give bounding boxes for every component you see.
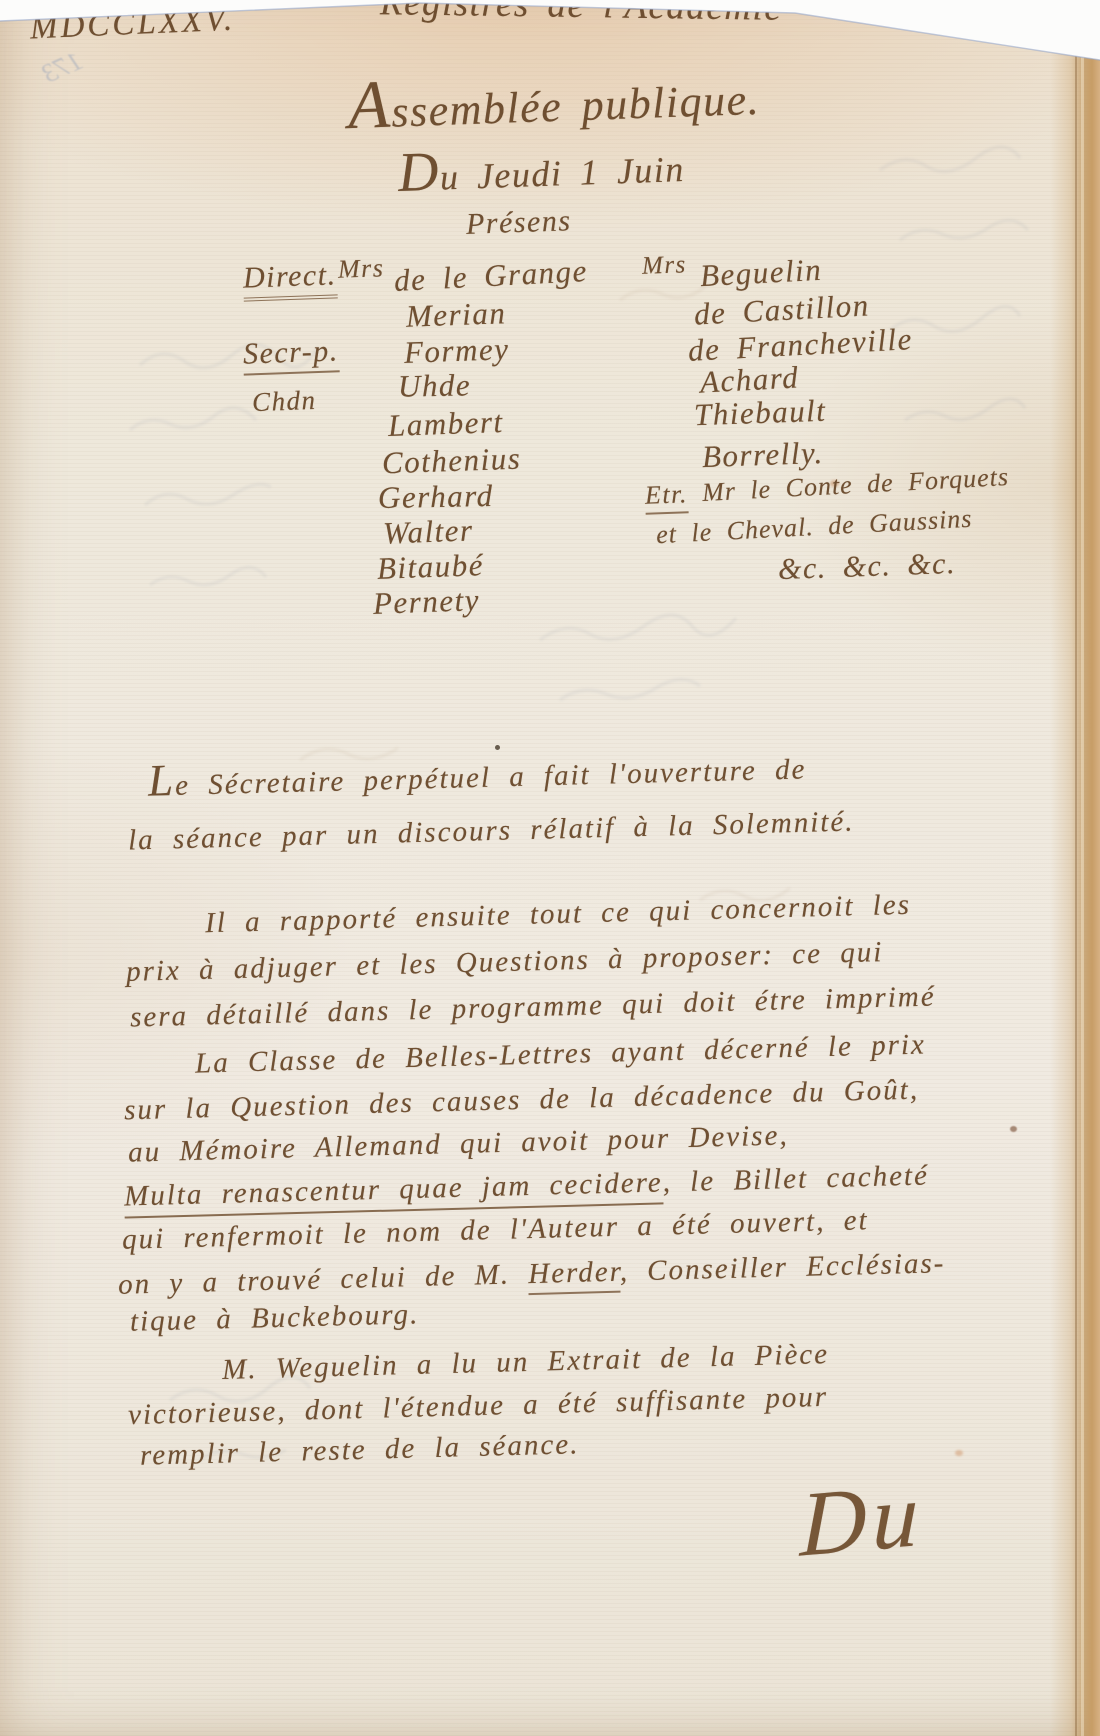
- body-line: tique à Buckebourg.: [130, 1298, 420, 1339]
- session-title: Assemblée publique.: [347, 67, 761, 139]
- ink-speck: [1010, 1126, 1017, 1132]
- attendee-name: Uhde: [398, 367, 472, 404]
- register-title: Registres de l'Académie: [380, 0, 783, 30]
- role-director-label: Direct.: [242, 258, 337, 295]
- role-secretary-text: Secr-p.: [242, 334, 339, 375]
- body-line: la séance par un discours rélatif à la S…: [128, 805, 855, 857]
- catchword: Du: [799, 1460, 925, 1577]
- body-line: Il a rapporté ensuite tout ce qui concer…: [205, 889, 912, 940]
- line-text: , Conseiller Ecclésias-: [619, 1247, 945, 1288]
- line-text: on y a trouvé celui de M.: [118, 1258, 529, 1301]
- laureate-name: Herder: [528, 1256, 620, 1295]
- body-line: La Classe de Belles-Lettres ayant décern…: [195, 1028, 927, 1080]
- attendee-name: Pernety: [372, 582, 480, 622]
- body-line: prix à adjuger et les Questions à propos…: [126, 936, 884, 989]
- bleedthrough-page-number: 173: [37, 45, 87, 90]
- body-line: victorieuse, dont l'étendue a été suffis…: [128, 1381, 829, 1432]
- attendee-name: de le Grange: [393, 253, 588, 299]
- attendee-name: Bitaubé: [376, 547, 484, 587]
- line-text: , le Billet cacheté: [662, 1159, 929, 1198]
- year-roman: MDCCLXXV.: [29, 2, 236, 48]
- body-line: sera détaillé dans le programme qui doit…: [130, 980, 936, 1034]
- manuscript-page: MDCCLXXV. Registres de l'Académie 173 As…: [0, 0, 1100, 1736]
- attendee-name: Merian: [405, 295, 506, 334]
- attendee-name: Cothenius: [381, 441, 521, 482]
- guests-label-text: Etr.: [644, 479, 688, 514]
- page-crease-line: [1075, 0, 1077, 1736]
- attendee-name: Formey: [403, 331, 510, 371]
- attendee-name: Gerhard: [378, 478, 494, 516]
- body-line: sur la Question des causes de la décaden…: [124, 1074, 920, 1128]
- attendee-name: Borrelly.: [701, 435, 824, 475]
- ink-speck: [495, 745, 500, 750]
- paper-stain: [955, 1450, 963, 1456]
- guest-etc: &c. &c. &c.: [777, 547, 956, 587]
- attendee-name: Lambert: [387, 404, 504, 444]
- page-crease-highlight: [1081, 0, 1084, 1736]
- guest-line: et le Cheval. de Gaussins: [655, 504, 973, 551]
- guests-label: Etr.: [644, 479, 688, 510]
- role-third-label: Chdn: [251, 385, 317, 418]
- attendee-name: Beguelin: [699, 252, 823, 294]
- body-line: au Mémoire Allemand qui avoit pour Devis…: [128, 1119, 789, 1169]
- role-director-text: Direct.: [242, 258, 337, 301]
- right-column-prefix: Mrs: [642, 251, 688, 281]
- body-line: remplir le reste de la séance.: [140, 1428, 580, 1472]
- body-line: M. Weguelin a lu un Extrait de la Pièce: [222, 1338, 830, 1387]
- left-column-prefix: Mrs: [337, 253, 384, 285]
- role-secretary-label: Secr-p.: [242, 334, 339, 371]
- attendee-name: Thiebault: [693, 393, 827, 434]
- body-line-with-name: on y a trouvé celui de M. Herder, Consei…: [118, 1247, 946, 1302]
- attendee-name: Walter: [382, 512, 474, 551]
- body-line: Le Sécretaire perpétuel a fait l'ouvertu…: [148, 747, 807, 803]
- presens-heading: Présens: [465, 204, 572, 242]
- session-date: Du Jeudi 1 Juin: [397, 143, 685, 200]
- manuscript-scan: MDCCLXXV. Registres de l'Académie 173 As…: [0, 0, 1100, 1736]
